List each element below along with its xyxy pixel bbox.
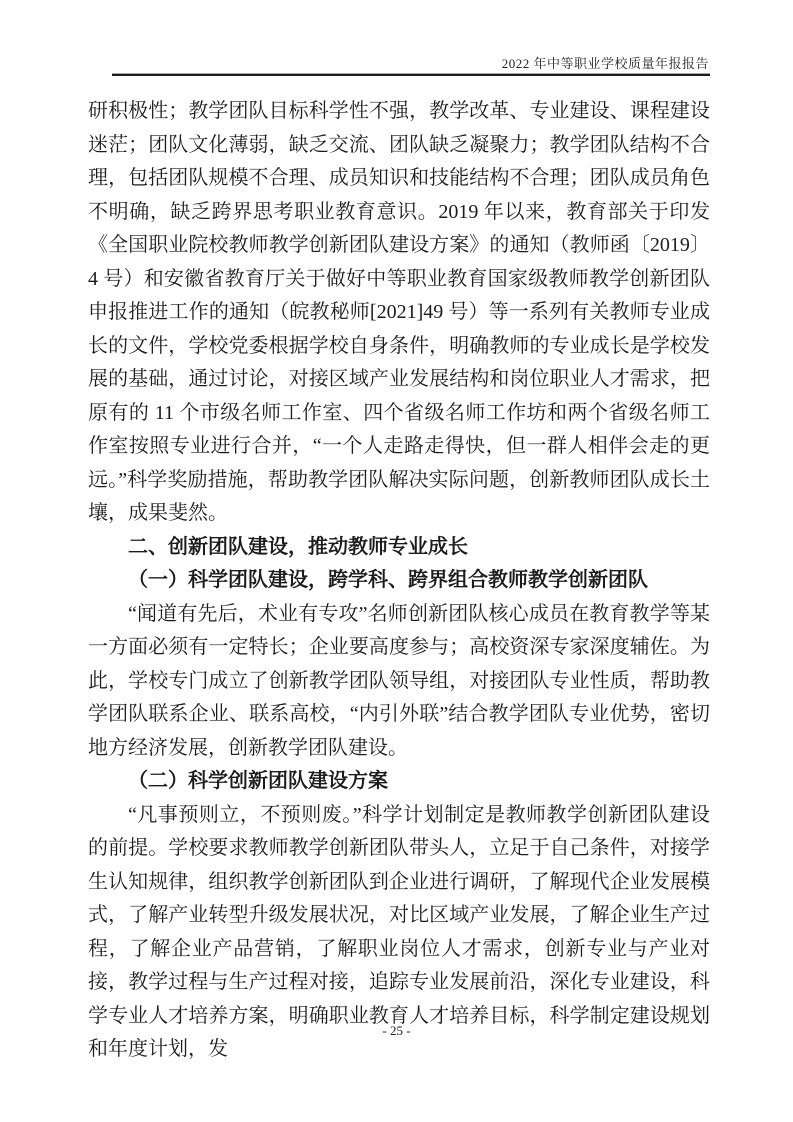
running-header-title: 2022 年中等职业学校质量年报报告	[502, 53, 709, 72]
page-number: - 25 -	[382, 1023, 410, 1038]
page-footer: - 25 -	[0, 1023, 793, 1039]
document-body: 研积极性；教学团队目标科学性不强，教学改革、专业建设、课程建设迷茫；团队文化薄弱…	[88, 95, 710, 1067]
header-rule	[112, 74, 710, 76]
document-page: 2022 年中等职业学校质量年报报告 研积极性；教学团队目标科学性不强，教学改革…	[0, 0, 793, 1122]
paragraph-continuation: 研积极性；教学团队目标科学性不强，教学改革、专业建设、课程建设迷茫；团队文化薄弱…	[88, 95, 710, 531]
section-heading-team-building: 二、创新团队建设，推动教师专业成长	[88, 531, 710, 565]
paragraph-team-composition: “闻道有先后，术业有专攻”名师创新团队核心成员在教育教学等某一方面必须有一定特长…	[88, 598, 710, 766]
subsection-heading-scientific-team-building: （一）科学团队建设，跨学科、跨界组合教师教学创新团队	[88, 564, 710, 598]
subsection-heading-innovation-plan: （二）科学创新团队建设方案	[88, 765, 710, 799]
